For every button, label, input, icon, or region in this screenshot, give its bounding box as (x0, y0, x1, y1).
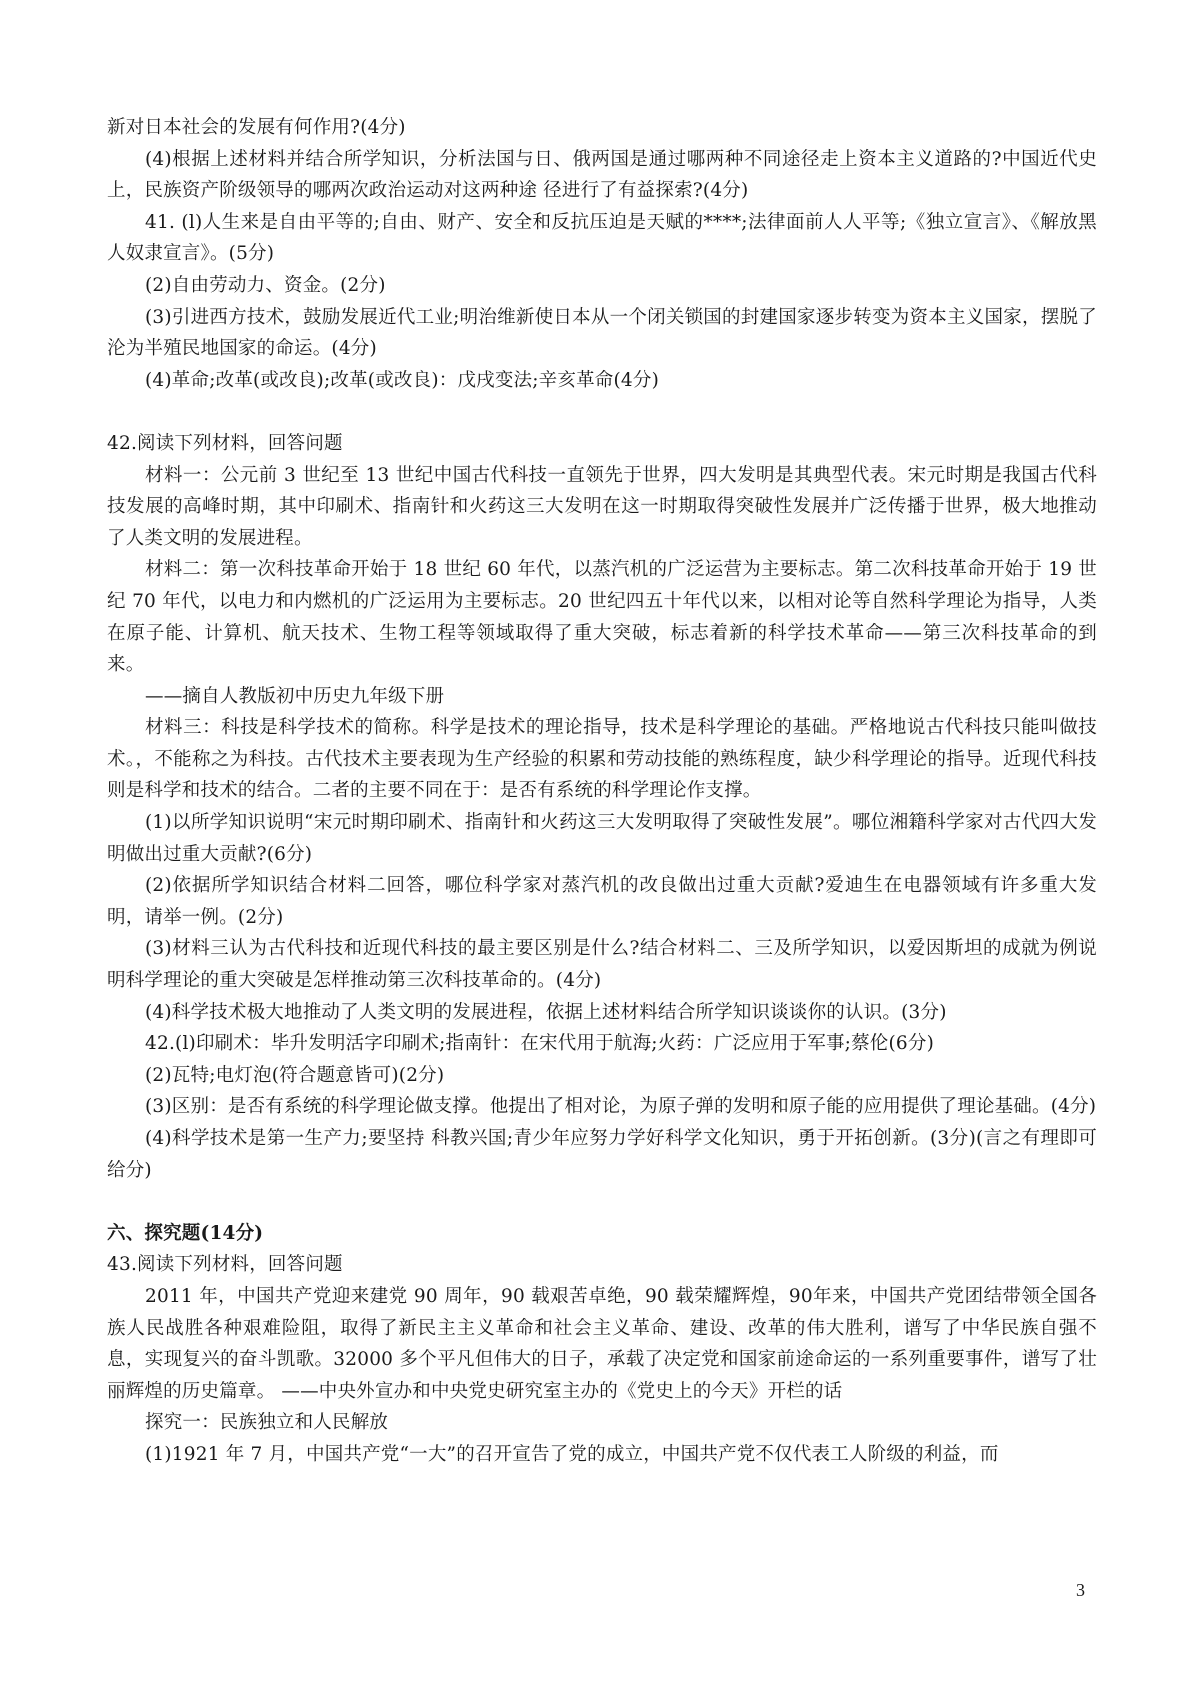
question-42-heading: 42.阅读下列材料，回答问题 (107, 428, 1097, 460)
question-42-material-3: 材料三：科技是科学技术的简称。科学是技术的理论指导，技术是科学理论的基础。严格地… (107, 712, 1097, 807)
answer-42-part-2: (2)瓦特;电灯泡(符合题意皆可)(2分) (107, 1060, 1097, 1092)
answer-41-part-1: 41. (l)人生来是自由平等的;自由、财产、安全和反抗压迫是天赋的****;法… (107, 207, 1097, 270)
question-42-part-3: (3)材料三认为古代科技和近现代科技的最主要区别是什么?结合材料二、三及所学知识… (107, 933, 1097, 996)
answer-41-part-3: (3)引进西方技术，鼓励发展近代工业;明治维新使日本从一个闭关锁国的封建国家逐步… (107, 302, 1097, 365)
answer-42-part-3: (3)区别：是否有系统的科学理论做支撑。他提出了相对论，为原子弹的发明和原子能的… (107, 1091, 1097, 1123)
spacer (107, 396, 1097, 428)
question-42-source: ——摘自人教版初中历史九年级下册 (107, 681, 1097, 713)
page-number: 3 (1076, 1580, 1085, 1601)
document-page: 新对日本社会的发展有何作用?(4分) (4)根据上述材料并结合所学知识，分析法国… (107, 112, 1097, 1471)
spacer (107, 1186, 1097, 1218)
question-40-continuation: 新对日本社会的发展有何作用?(4分) (107, 112, 1097, 144)
section-6-title: 六、探究题(14分) (107, 1218, 1097, 1250)
question-42-part-2: (2)依据所学知识结合材料二回答，哪位科学家对蒸汽机的改良做出过重大贡献?爱迪生… (107, 870, 1097, 933)
question-42-material-1: 材料一：公元前 3 世纪至 13 世纪中国古代科技一直领先于世界，四大发明是其典… (107, 460, 1097, 555)
question-42-part-1: (1)以所学知识说明“宋元时期印刷术、指南针和火药这三大发明取得了突破性发展”。… (107, 807, 1097, 870)
question-43-passage: 2011 年，中国共产党迎来建党 90 周年，90 载艰苦卓绝，90 载荣耀辉煌… (107, 1281, 1097, 1407)
question-42-material-2: 材料二：第一次科技革命开始于 18 世纪 60 年代，以蒸汽机的广泛运营为主要标… (107, 554, 1097, 680)
question-40-part-4: (4)根据上述材料并结合所学知识，分析法国与日、俄两国是通过哪两种不同途径走上资… (107, 144, 1097, 207)
answer-41-part-4: (4)革命;改革(或改良);改革(或改良)：戊戌变法;辛亥革命(4分) (107, 365, 1097, 397)
answer-42-part-4: (4)科学技术是第一生产力;要坚持 科教兴国;青少年应努力学好科学文化知识，勇于… (107, 1123, 1097, 1186)
inquiry-1-title: 探究一：民族独立和人民解放 (107, 1407, 1097, 1439)
question-43-heading: 43.阅读下列材料，回答问题 (107, 1249, 1097, 1281)
question-42-part-4: (4)科学技术极大地推动了人类文明的发展进程，依据上述材料结合所学知识谈谈你的认… (107, 997, 1097, 1029)
answer-41-part-2: (2)自由劳动力、资金。(2分) (107, 270, 1097, 302)
answer-42-part-1: 42.(l)印刷术：毕升发明活字印刷术;指南针：在宋代用于航海;火药：广泛应用于… (107, 1028, 1097, 1060)
inquiry-1-question-1: (1)1921 年 7 月，中国共产党“一大”的召开宣告了党的成立，中国共产党不… (107, 1439, 1097, 1471)
